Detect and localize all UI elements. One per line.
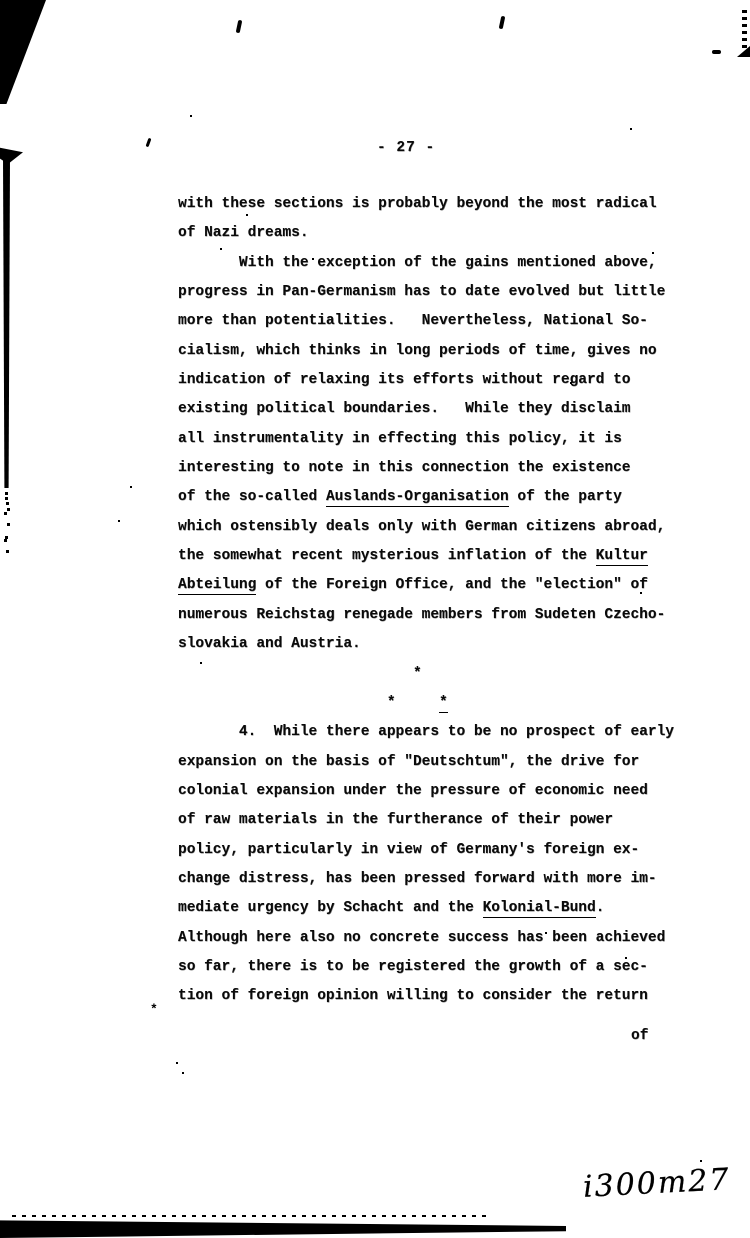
text-line: Abteilung of the Foreign Office, and the… [178, 571, 698, 600]
scan-artifact-bottom-dashed-line [12, 1215, 490, 1217]
text-line: colonial expansion under the pressure of… [178, 777, 698, 806]
scan-artifact-right-smudge [712, 50, 721, 54]
text-line: of Nazi dreams. [178, 219, 698, 248]
text-line: expansion on the basis of "Deutschtum", … [178, 748, 698, 777]
text-line: Although here also no concrete success h… [178, 924, 698, 953]
scan-artifact-header-tick [146, 138, 152, 147]
text-line: change distress, has been pressed forwar… [178, 865, 698, 894]
scan-artifact-top-tick-left [236, 20, 243, 34]
text-line: * * [178, 689, 698, 718]
text-line: with these sections is probably beyond t… [178, 190, 698, 219]
scan-artifact-speckles [190, 115, 192, 117]
text-line: numerous Reichstag renegade members from… [178, 601, 698, 630]
text-line: interesting to note in this connection t… [178, 454, 698, 483]
text-line: of the so-called Auslands-Organisation o… [178, 483, 698, 512]
scan-artifact-top-tick-right [499, 16, 506, 30]
catchword: of [631, 1028, 648, 1044]
text-line: so far, there is to be registered the gr… [178, 953, 698, 982]
text-line: the somewhat recent mysterious inflation… [178, 542, 698, 571]
text-line: policy, particularly in view of Germany'… [178, 836, 698, 865]
text-line: indication of relaxing its efforts witho… [178, 366, 698, 395]
page-number: - 27 - [377, 140, 435, 156]
text-line: 4. While there appears to be no prospect… [178, 718, 698, 747]
scan-artifact-top-left-corner [0, 0, 46, 104]
scanned-document-page: - 27 - with these sections is probably b… [0, 0, 750, 1238]
text-line: * [178, 660, 698, 689]
text-line: of raw materials in the furtherance of t… [178, 806, 698, 835]
margin-star-mark: * [150, 1002, 158, 1017]
text-line: tion of foreign opinion willing to consi… [178, 982, 698, 1011]
scan-artifact-left-speckles [5, 492, 8, 495]
text-line: With the exception of the gains mentione… [178, 249, 698, 278]
text-line: more than potentialities. Nevertheless, … [178, 307, 698, 336]
body-text: with these sections is probably beyond t… [178, 190, 698, 1012]
text-line: existing political boundaries. While the… [178, 395, 698, 424]
text-line: which ostensibly deals only with German … [178, 513, 698, 542]
text-line: mediate urgency by Schacht and the Kolon… [178, 894, 698, 923]
text-line: progress in Pan-Germanism has to date ev… [178, 278, 698, 307]
text-line: cialism, which thinks in long periods of… [178, 337, 698, 366]
scan-artifact-bottom-bar [0, 1218, 566, 1238]
scan-artifact-right-edge-marks [742, 8, 747, 48]
handwritten-note: i300m27 [582, 1162, 731, 1205]
scan-artifact-left-stripe [3, 158, 10, 488]
text-line: all instrumentality in effecting this po… [178, 425, 698, 454]
text-line: slovakia and Austria. [178, 630, 698, 659]
